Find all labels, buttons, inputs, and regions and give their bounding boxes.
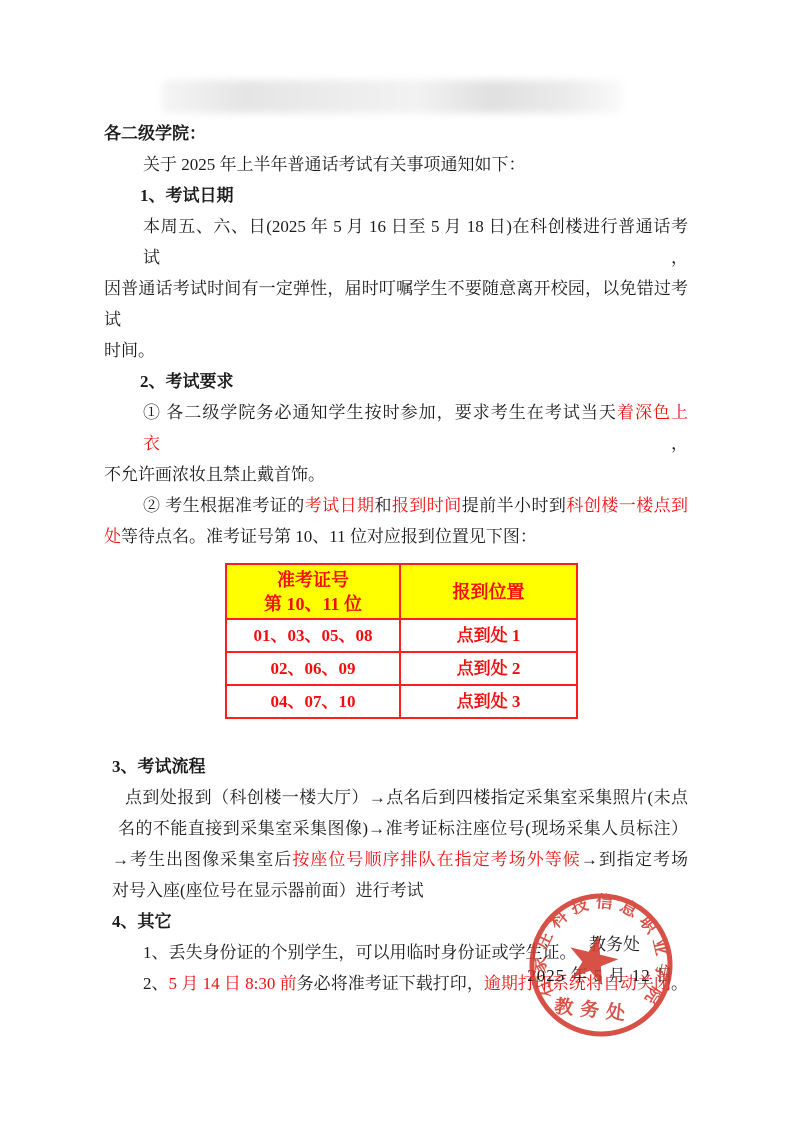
header-report-location: 报到位置 [400,564,577,619]
table-row: 04、07、10 点到处 3 [226,685,577,718]
signature-date: 2025 年 5 月 12 日 [104,960,688,991]
section1-line1: 本周五、六、日(2025 年 5 月 16 日至 5 月 18 日)在科创楼进行… [104,211,688,273]
flow-text-b: →到指定考场 [581,850,688,869]
item2-text-a: ② 考生根据准考证的 [143,496,305,515]
section1-line2: 因普通话考试时间有一定弹性，届时叮嘱学生不要随意离开校园，以免错过考试 [104,273,688,335]
item1-text: ① 各二级学院务必通知学生按时参加，要求考生在考试当天 [143,403,617,422]
signature-department: 教务处 [104,929,688,960]
stamp-bottom-text: 教务处 [553,994,633,1025]
section3-line3: →考生出图像采集室后按座位号顺序排队在指定考场外等候→到指定考场 [104,844,688,875]
signature-block: 教务处 2025 年 5 月 12 日 [104,929,688,991]
item2-red-exam-date: 考试日期 [305,496,375,515]
ticket-ids-cell: 04、07、10 [226,685,400,718]
flow-text-a: →考生出图像采集室后 [112,850,292,869]
section3-title: 3、考试流程 [104,751,688,782]
table-row: 01、03、05、08 点到处 1 [226,619,577,652]
location-cell: 点到处 2 [400,652,577,685]
location-cell: 点到处 3 [400,685,577,718]
ticket-ids-cell: 02、06、09 [226,652,400,685]
document-body: 各二级学院： 关于 2025 年上半年普通话考试有关事项通知如下： 1、考试日期… [104,118,688,999]
item2-red-location-cont: 处 [104,527,121,546]
item2-text-d: 等待点名。准考证号第 10、11 位对应报到位置见下图： [121,527,537,546]
section1-title: 1、考试日期 [104,180,688,211]
report-location-table: 准考证号 第 10、11 位 报到位置 01、03、05、08 点到处 1 02… [225,563,578,719]
section2-item2-line1: ② 考生根据准考证的考试日期和报到时间提前半小时到科创楼一楼点到 [104,490,688,521]
flow-red-queue-rule: 按座位号顺序排队在指定考场外等候 [292,850,581,869]
table-row: 02、06、09 点到处 2 [226,652,577,685]
ticket-ids-cell: 01、03、05、08 [226,619,400,652]
item1-comma: ， [671,434,688,453]
section2-title: 2、考试要求 [104,366,688,397]
section3-line2: 名的不能直接到采集室采集图像)→准考证标注座位号(现场采集人员标注） [104,813,688,844]
location-cell: 点到处 1 [400,619,577,652]
item2-text-b: 和 [374,496,391,515]
salutation: 各二级学院： [104,118,688,149]
section2-item1-line2: 不允许画浓妆且禁止戴首饰。 [104,459,688,490]
item2-text-c: 提前半小时到 [462,496,567,515]
header-ticket-number: 准考证号 第 10、11 位 [226,564,400,619]
section3-line1: 点到处报到（科创楼一楼大厅）→点名后到四楼指定采集室采集照片(未点 [104,782,688,813]
item2-red-location: 科创楼一楼点到 [566,496,688,515]
section2-item1-line1: ① 各二级学院务必通知学生按时参加，要求考生在考试当天着深色上衣， [104,397,688,459]
section3-line4: 对号入座(座位号在显示器前面）进行考试 [104,875,688,906]
intro-line: 关于 2025 年上半年普通话考试有关事项通知如下： [104,149,688,180]
section1-line3: 时间。 [104,335,688,366]
header-ticket-line1: 准考证号 [227,568,399,592]
item2-red-report-time: 报到时间 [392,496,462,515]
section2-item2-line2: 处等待点名。准考证号第 10、11 位对应报到位置见下图： [104,521,688,552]
table-header-row: 准考证号 第 10、11 位 报到位置 [226,564,577,619]
header-ticket-line2: 第 10、11 位 [227,592,399,616]
notice-document-page: 各二级学院： 关于 2025 年上半年普通话考试有关事项通知如下： 1、考试日期… [0,0,794,1123]
redacted-title-blur [162,80,622,113]
